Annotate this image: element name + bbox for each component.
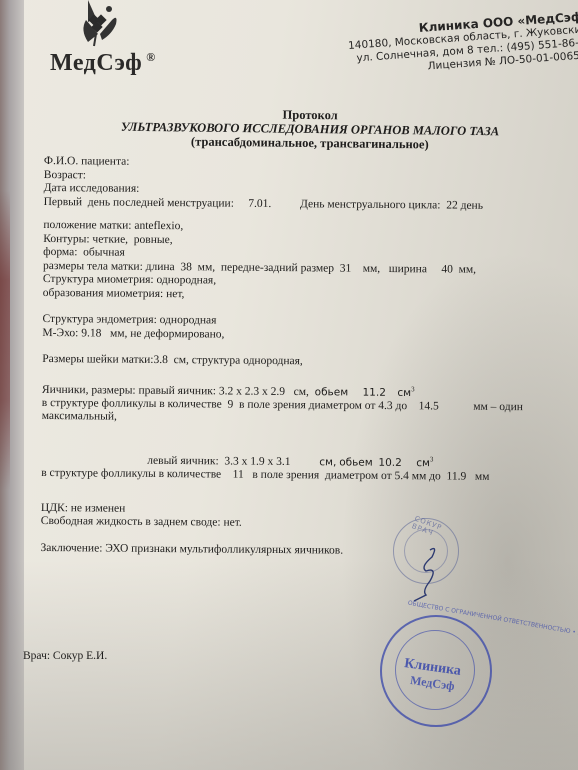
flower-logo-icon xyxy=(78,0,122,48)
clinic-stamp: ОБЩЕСТВО С ОГРАНИЧЕННОЙ ОТВЕТСТВЕННОСТЬЮ… xyxy=(380,615,492,727)
clinic-header: Клиника ООО «МедСэф» 140180, Московская … xyxy=(341,10,578,79)
doctor-name: Врач: Сокур Е.И. xyxy=(23,650,107,662)
signature xyxy=(410,545,450,605)
protocol-title: Протокол УЛЬТРАЗВУКОВОГО ИССЛЕДОВАНИЯ ОР… xyxy=(110,106,510,153)
clinic-logo: МедСэф® xyxy=(50,0,160,80)
logo-text: МедСэф® xyxy=(50,50,156,77)
document-photo: МедСэф® Клиника ООО «МедСэф» 140180, Мос… xyxy=(0,0,578,770)
protocol-body: Ф.И.О. пациента: Возраст: Дата исследова… xyxy=(41,155,564,560)
